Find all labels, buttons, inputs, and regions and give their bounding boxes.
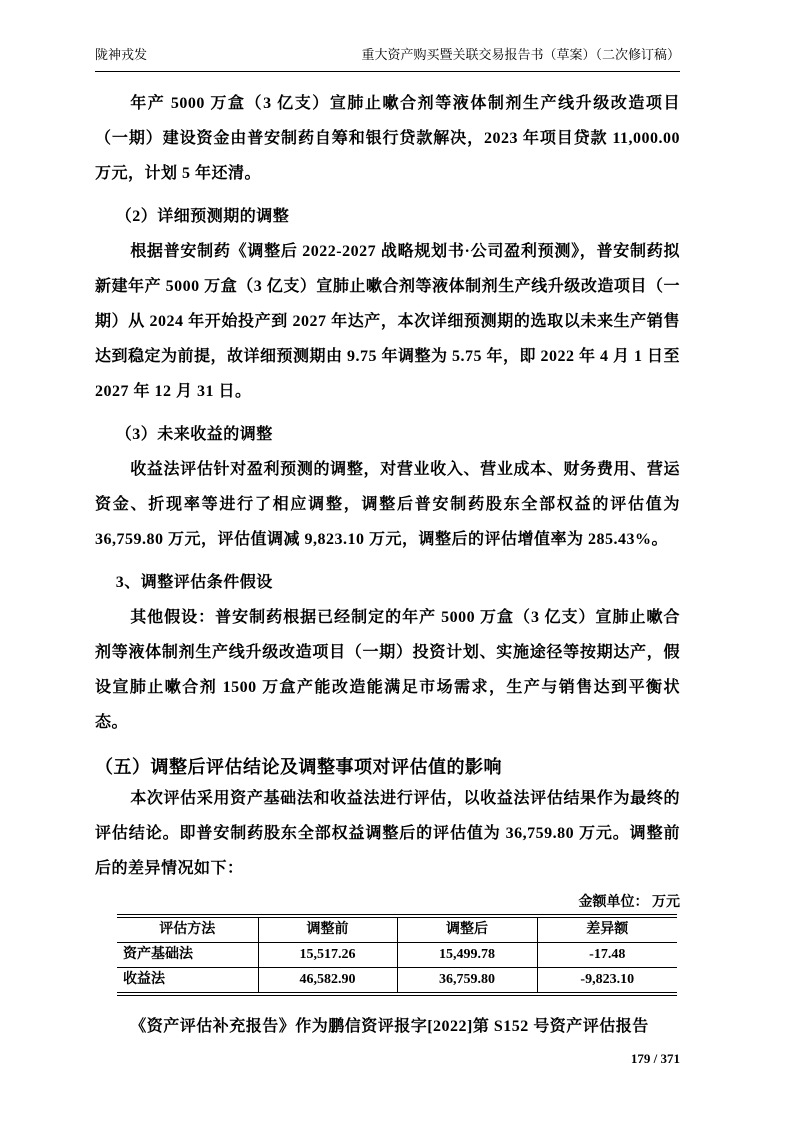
column-header-before: 调整前: [258, 916, 397, 943]
cell-before: 15,517.26: [258, 943, 397, 968]
cell-after: 36,759.80: [397, 968, 537, 995]
subheading-future-income: （3）未来收益的调整: [95, 417, 680, 452]
cell-diff: -17.48: [537, 943, 677, 968]
table-row: 资产基础法 15,517.26 15,499.78 -17.48: [117, 943, 677, 968]
paragraph-future-income: 收益法评估针对盈利预测的调整，对营业收入、营业成本、财务费用、营运资金、折现率等…: [95, 452, 680, 557]
cell-before: 46,582.90: [258, 968, 397, 995]
subheading-assumptions: 3、调整评估条件假设: [95, 565, 680, 600]
paragraph-conclusion: 本次评估采用资产基础法和收益法进行评估，以收益法评估结果作为最终的评估结论。即普…: [95, 781, 680, 886]
table-unit-note: 金额单位： 万元: [95, 892, 680, 914]
header-report-title: 重大资产购买暨关联交易报告书（草案）（二次修订稿）: [361, 46, 680, 64]
column-header-diff: 差异额: [537, 916, 677, 943]
paragraph-supplementary-report: 《资产评估补充报告》作为鹏信资评报字[2022]第 S152 号资产评估报告: [95, 1009, 680, 1044]
cell-method: 收益法: [117, 968, 258, 995]
header-company-name: 陇神戎发: [95, 46, 147, 64]
page-header: 陇神戎发 重大资产购买暨关联交易报告书（草案）（二次修订稿）: [95, 46, 680, 72]
paragraph-assumptions: 其他假设：普安制药根据已经制定的年产 5000 万盒（3 亿支）宣肺止嗽合剂等液…: [95, 600, 680, 740]
cell-diff: -9,823.10: [537, 968, 677, 995]
subheading-forecast-period: （2）详细预测期的调整: [95, 199, 680, 234]
column-header-after: 调整后: [397, 916, 537, 943]
section-heading-conclusion: （五）调整后评估结论及调整事项对评估值的影响: [95, 754, 680, 781]
valuation-comparison-table: 评估方法 调整前 调整后 差异额 资产基础法 15,517.26 15,499.…: [117, 914, 677, 996]
table-row: 收益法 46,582.90 36,759.80 -9,823.10: [117, 968, 677, 995]
column-header-method: 评估方法: [117, 916, 258, 943]
document-page: 陇神戎发 重大资产购买暨关联交易报告书（草案）（二次修订稿） 年产 5000 万…: [0, 0, 793, 1122]
cell-method: 资产基础法: [117, 943, 258, 968]
page-number: 179 / 371: [95, 1051, 680, 1067]
paragraph-project-funding: 年产 5000 万盒（3 亿支）宣肺止嗽合剂等液体制剂生产线升级改造项目（一期）…: [95, 86, 680, 191]
table-header-row: 评估方法 调整前 调整后 差异额: [117, 916, 677, 943]
paragraph-forecast-period: 根据普安制药《调整后 2022-2027 战略规划书·公司盈利预测》，普安制药拟…: [95, 234, 680, 409]
cell-after: 15,499.78: [397, 943, 537, 968]
document-body: 年产 5000 万盒（3 亿支）宣肺止嗽合剂等液体制剂生产线升级改造项目（一期）…: [95, 86, 680, 1044]
